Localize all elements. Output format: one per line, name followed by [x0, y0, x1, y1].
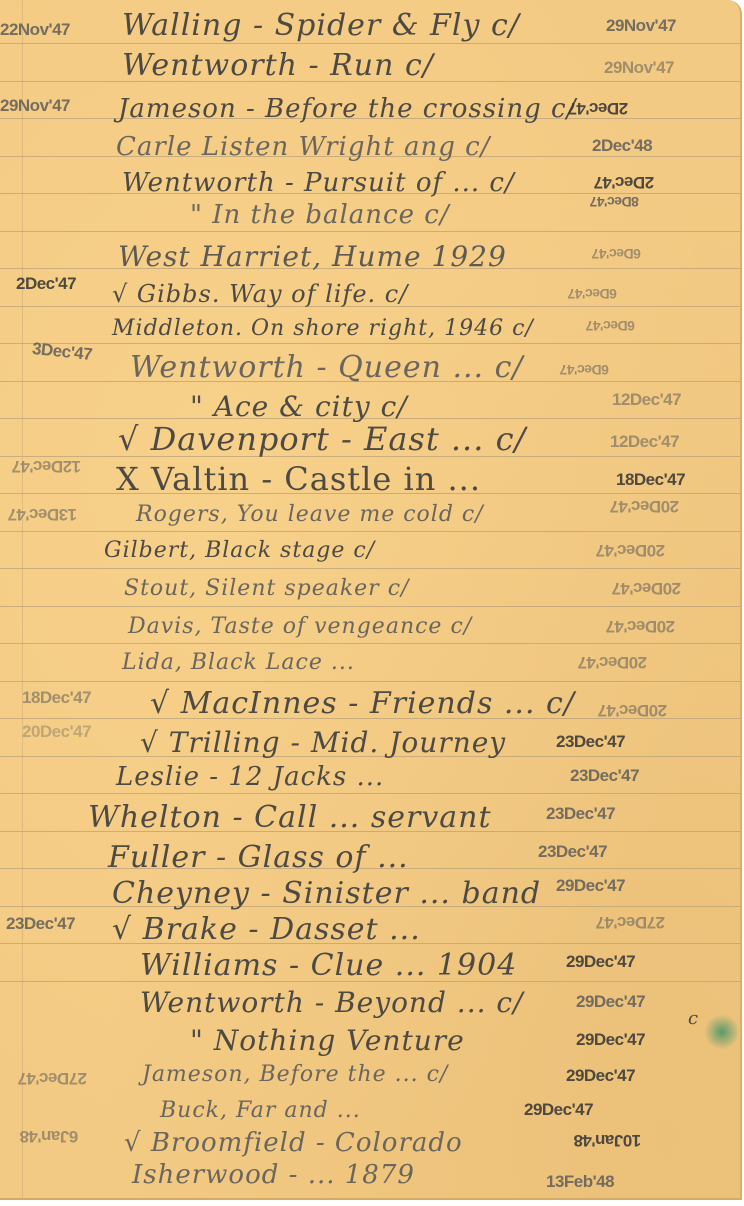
- entry-text: Wentworth - Beyond ... c/: [140, 986, 524, 1019]
- entry-text: √ Davenport - East ... c/: [118, 420, 526, 458]
- entry-text: √ Broomfield - Colorado: [124, 1128, 463, 1158]
- date-stamp: 13Dec'47: [8, 504, 77, 524]
- entry-text: X Valtin - Castle in ...: [116, 460, 481, 498]
- entry-text: Whelton - Call ... servant: [88, 800, 492, 835]
- entry-text: Isherwood - ... 1879: [132, 1160, 415, 1190]
- entry-text: Wentworth - Run c/: [122, 48, 434, 83]
- date-stamp: 27Dec'47: [18, 1068, 87, 1088]
- ink-blot: [704, 1014, 740, 1050]
- date-stamp: 20Dec'47: [596, 540, 665, 560]
- entry-text: Leslie - 12 Jacks ...: [116, 762, 384, 792]
- ruled-line: [0, 531, 740, 532]
- date-stamp: 6Dec'47: [568, 286, 617, 302]
- date-stamp: 10Jan'48: [574, 1130, 641, 1150]
- ruled-line: [0, 793, 740, 794]
- ruled-line: [0, 681, 740, 682]
- entry-text: Rogers, You leave me cold c/: [136, 502, 484, 527]
- ruled-line: [0, 43, 740, 44]
- date-stamp: 8Dec'47: [590, 194, 639, 210]
- entry-text: Stout, Silent speaker c/: [124, 576, 409, 601]
- ruled-line: [0, 643, 740, 644]
- date-stamp: 6Jan'48: [20, 1126, 78, 1146]
- date-stamp: 6Dec'47: [592, 246, 641, 262]
- date-stamp: 18Dec'47: [22, 688, 91, 708]
- entry-text: " Nothing Venture: [190, 1024, 465, 1057]
- entry-text: West Harriet, Hume 1929: [118, 240, 507, 273]
- date-stamp: 29Nov'47: [606, 16, 676, 36]
- date-stamp: 29Dec'47: [566, 952, 635, 972]
- entry-text: Carle Listen Wright ang c/: [116, 132, 490, 162]
- date-stamp: 23Dec'47: [556, 732, 625, 752]
- date-stamp: 2Dec'47: [568, 98, 628, 118]
- ruled-line: [0, 568, 740, 569]
- entry-text: Wentworth - Pursuit of ... c/: [122, 168, 515, 198]
- date-stamp: 20Dec'47: [606, 616, 675, 636]
- date-stamp: 20Dec'47: [612, 578, 681, 598]
- library-card: Walling - Spider & Fly c/ Wentworth - Ru…: [0, 0, 742, 1200]
- date-stamp: 12Dec'47: [12, 456, 81, 476]
- entry-text: Jameson, Before the ... c/: [142, 1062, 448, 1087]
- entry-text: Gilbert, Black stage c/: [104, 538, 375, 563]
- date-stamp: 6Dec'47: [560, 362, 609, 378]
- margin-line: [22, 0, 23, 1198]
- date-stamp: 20Dec'47: [22, 722, 91, 742]
- entry-text: √ Trilling - Mid. Journey: [140, 726, 506, 759]
- entry-text: " Ace & city c/: [190, 390, 408, 423]
- date-stamp: 2Dec'47: [16, 274, 76, 294]
- date-stamp: 23Dec'47: [538, 842, 607, 862]
- ruled-line: [0, 231, 740, 232]
- entry-text: " In the balance c/: [190, 200, 450, 230]
- date-stamp: 6Dec'47: [586, 318, 635, 334]
- date-stamp: 23Dec'47: [546, 804, 615, 824]
- date-stamp: 23Dec'47: [6, 914, 75, 934]
- entry-text: Lida, Black Lace ...: [122, 650, 355, 675]
- date-stamp: 20Dec'47: [610, 496, 679, 516]
- date-stamp: 23Dec'47: [570, 766, 639, 786]
- date-stamp: 27Dec'47: [596, 912, 665, 932]
- ruled-line: [0, 343, 740, 344]
- date-stamp: 18Dec'47: [616, 470, 685, 490]
- date-stamp: 2Dec'48: [592, 136, 652, 156]
- date-stamp: 13Feb'48: [546, 1172, 614, 1192]
- entry-text: Buck, Far and ...: [160, 1098, 361, 1123]
- date-stamp: 29Dec'47: [556, 876, 625, 896]
- entry-text: Fuller - Glass of ...: [108, 840, 409, 875]
- date-stamp: 29Nov'47: [604, 58, 674, 78]
- entry-text: √ Brake - Dasset ...: [112, 912, 421, 947]
- entry-text: Cheyney - Sinister ... band: [112, 876, 541, 911]
- date-stamp: 29Dec'47: [524, 1100, 593, 1120]
- entry-text: Williams - Clue ... 1904: [140, 948, 517, 983]
- entry-text: Walling - Spider & Fly c/: [122, 8, 520, 43]
- entry-text: √ MacInnes - Friends ... c/: [150, 686, 575, 721]
- date-stamp: 29Dec'47: [566, 1066, 635, 1086]
- date-stamp: 12Dec'47: [612, 390, 681, 410]
- date-stamp: 20Dec'47: [578, 652, 647, 672]
- entry-text: Davis, Taste of vengeance c/: [128, 614, 472, 639]
- date-stamp: 29Dec'47: [576, 1030, 645, 1050]
- date-stamp: 12Dec'47: [610, 432, 679, 452]
- entry-text: Wentworth - Queen ... c/: [130, 350, 524, 385]
- date-stamp: 29Nov'47: [0, 96, 70, 116]
- ruled-line: [0, 606, 740, 607]
- entry-text: Middleton. On shore right, 1946 c/: [112, 316, 534, 341]
- date-stamp: 29Dec'47: [576, 992, 645, 1012]
- date-stamp: 20Dec'47: [598, 700, 667, 720]
- entry-text: √ Gibbs. Way of life. c/: [112, 280, 408, 308]
- date-stamp: 22Nov'47: [0, 20, 70, 40]
- entry-text: Jameson - Before the crossing c/: [118, 94, 576, 124]
- pencil-mark: c: [688, 1008, 698, 1029]
- date-stamp: 2Dec'47: [594, 172, 654, 192]
